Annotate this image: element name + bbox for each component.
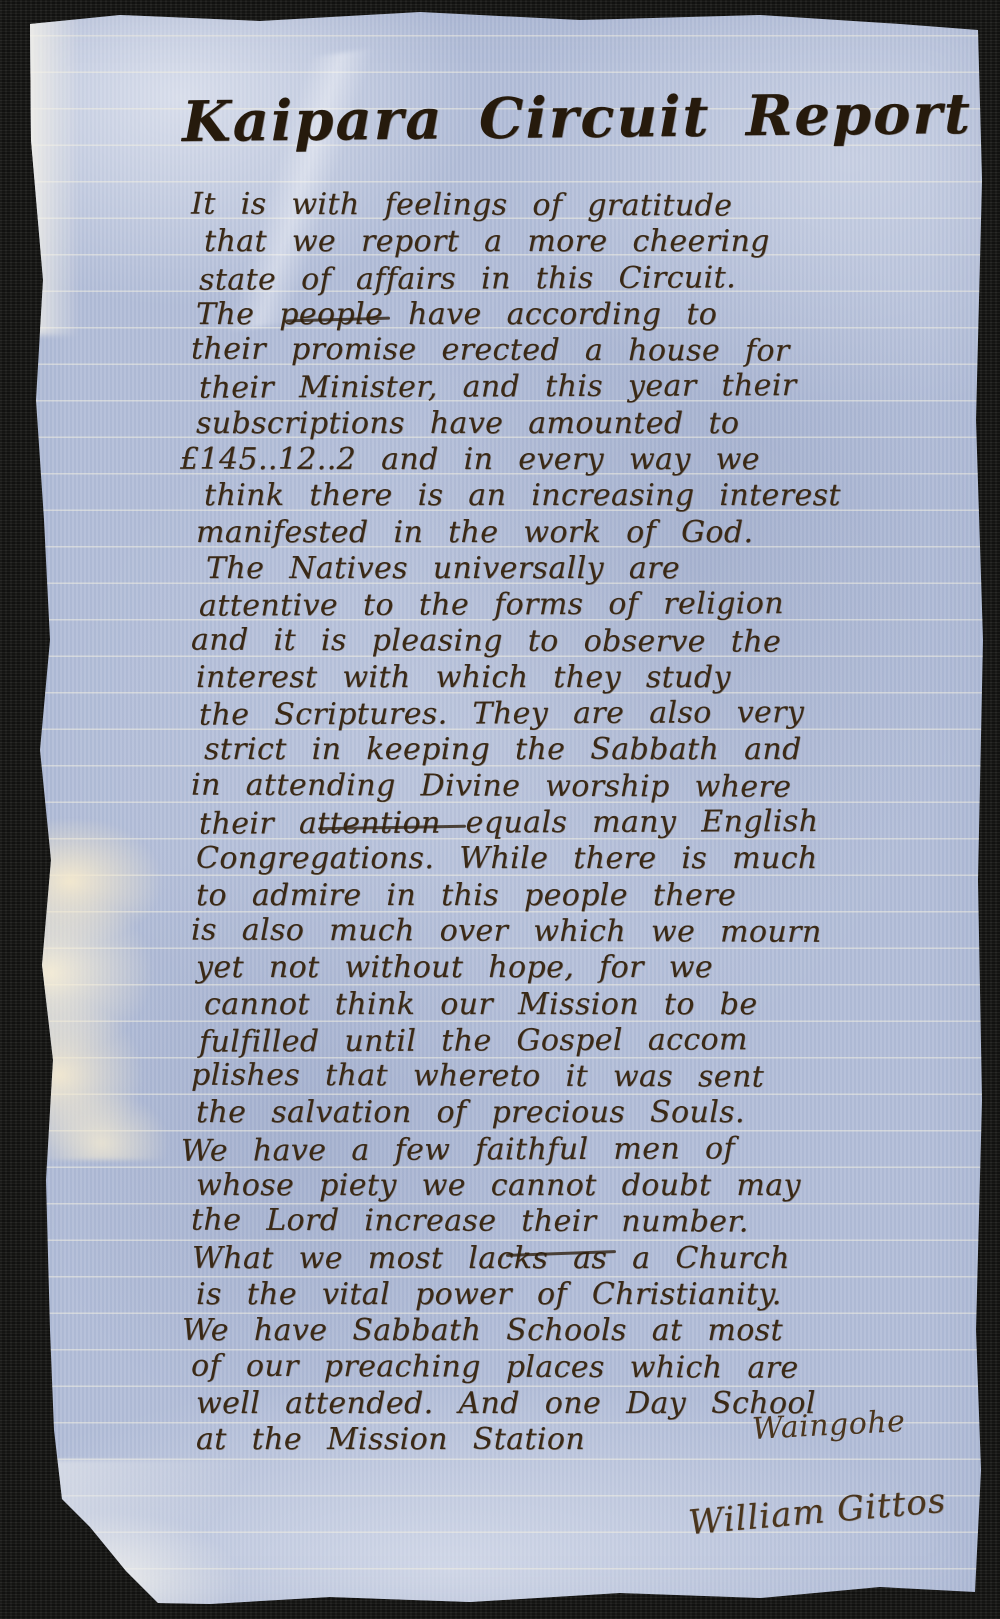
manuscript-line: It is with feelings of gratitude xyxy=(191,187,971,226)
manuscript-line: whose piety we cannot doubt may xyxy=(196,1168,976,1204)
manuscript-line: fulfilled until the Gospel accom xyxy=(199,1021,979,1061)
signature: William Gittos xyxy=(687,1481,948,1543)
manuscript-line: is the vital power of Christianity. xyxy=(196,1277,976,1313)
manuscript-line: Congregations. While there is much xyxy=(196,841,976,877)
manuscript-line: their promise erected a house for xyxy=(191,332,971,371)
manuscript-line: think there is an increasing interest xyxy=(204,478,984,514)
manuscript-line: is also much over which we mourn xyxy=(191,913,971,952)
manuscript-line: state of affairs in this Circuit. xyxy=(199,259,979,299)
manuscript-line: The people have according to xyxy=(196,297,976,333)
manuscript-line: the Scriptures. They are also very xyxy=(199,694,979,734)
manuscript-line: the salvation of precious Souls. xyxy=(196,1095,976,1131)
manuscript-line: of our preaching places which are xyxy=(191,1348,971,1387)
manuscript-line: subscriptions have amounted to xyxy=(196,406,976,442)
manuscript-line: cannot think our Mission to be xyxy=(204,987,984,1023)
manuscript-line: The Natives universally are xyxy=(206,551,976,587)
manuscript-line: £145..12..2 and in every way we xyxy=(180,442,976,478)
manuscript-line: and it is pleasing to observe the xyxy=(191,622,971,661)
manuscript-line: manifested in the work of God. xyxy=(196,515,976,551)
manuscript-line: What we most lacks as a Church xyxy=(192,1241,984,1277)
manuscript-line: that we report a more cheering xyxy=(204,224,984,260)
manuscript-line: their Minister, and this year their xyxy=(199,368,979,408)
manuscript-line: in attending Divine worship where xyxy=(191,767,971,806)
handwritten-text: Kaipara Circuit Report 1857 It is with f… xyxy=(0,0,1000,1619)
manuscript-line: interest with which they study xyxy=(196,660,976,696)
manuscript-line: We have a few faithful men of xyxy=(181,1130,979,1170)
manuscript-line: We have Sabbath Schools at most xyxy=(182,1313,976,1349)
manuscript-body: It is with feelings of gratitude that we… xyxy=(196,188,976,1458)
manuscript-line: strict in keeping the Sabbath and xyxy=(204,732,984,768)
manuscript-line: yet not without hope, for we xyxy=(196,950,976,986)
manuscript-line: the Lord increase their number. xyxy=(191,1203,971,1242)
page-title: Kaipara Circuit Report 1857 xyxy=(182,79,1000,155)
manuscript-page: Kaipara Circuit Report 1857 It is with f… xyxy=(0,0,1000,1619)
manuscript-line: their attention equals many English xyxy=(199,803,979,843)
manuscript-line: plishes that whereto it was sent xyxy=(191,1058,971,1097)
photograph-background: { "document": { "title": "Kaipara Circui… xyxy=(0,0,1000,1619)
manuscript-line: to admire in this people there xyxy=(196,878,976,914)
manuscript-line: attentive to the forms of religion xyxy=(199,586,979,626)
